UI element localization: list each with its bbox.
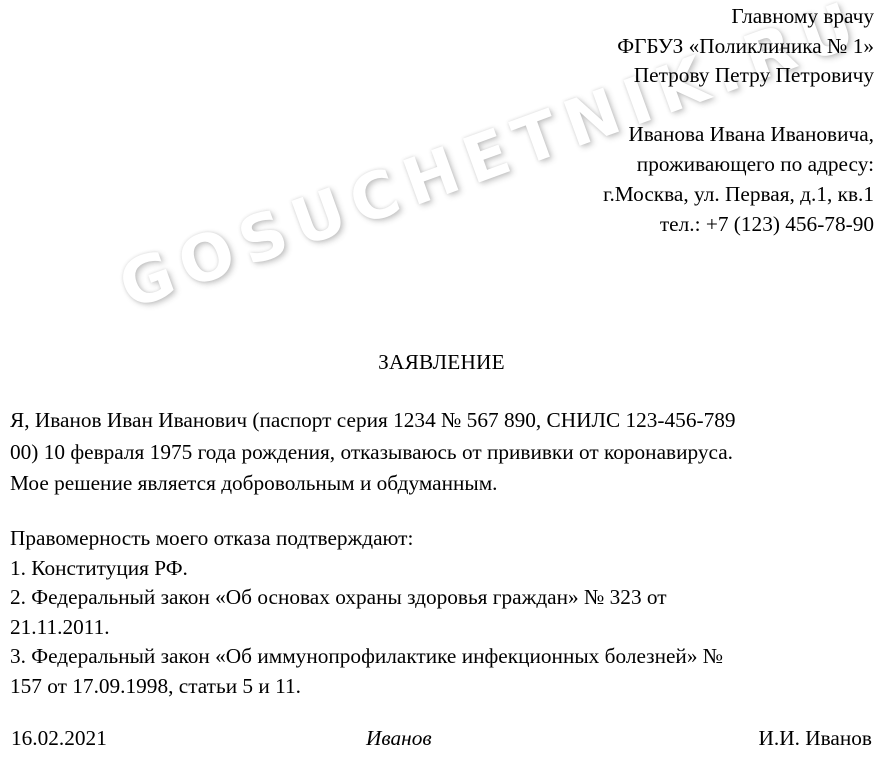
addressee-position: Главному врачу [617,2,874,32]
statement-body: Я, Иванов Иван Иванович (паспорт серия 1… [10,405,880,500]
handwritten-signature: Иванов [366,726,432,751]
legal-basis-item: 157 от 17.09.1998, статьи 5 и 11. [10,672,880,702]
statement-line: Мое решение является добровольным и обду… [10,468,880,500]
sender-address: г.Москва, ул. Первая, д.1, кв.1 [603,179,874,209]
legal-basis-item: 2. Федеральный закон «Об основах охраны … [10,583,880,613]
legal-basis: Правомерность моего отказа подтверждают:… [10,524,880,701]
sender-phone: тел.: +7 (123) 456-78-90 [603,209,874,239]
statement-line: 00) 10 февраля 1975 года рождения, отказ… [10,437,880,469]
addressee-name: Петрову Петру Петровичу [617,61,874,91]
signature-date: 16.02.2021 [11,726,107,751]
legal-basis-intro: Правомерность моего отказа подтверждают: [10,524,880,554]
document-title: ЗАЯВЛЕНИЕ [0,350,883,375]
legal-basis-item: 3. Федеральный закон «Об иммунопрофилакт… [10,642,880,672]
statement-line: Я, Иванов Иван Иванович (паспорт серия 1… [10,405,880,437]
document-page: GOSUCHETNIK.RU Главному врачу ФГБУЗ «Пол… [0,0,883,770]
signatory-name: И.И. Иванов [759,726,872,751]
addressee-organization: ФГБУЗ «Поликлиника № 1» [617,32,874,62]
sender-name: Иванова Ивана Ивановича, [603,119,874,149]
addressee-block: Главному врачу ФГБУЗ «Поликлиника № 1» П… [617,2,874,91]
legal-basis-item: 1. Конституция РФ. [10,554,880,584]
legal-basis-item: 21.11.2011. [10,613,880,643]
signature-row: 16.02.2021 Иванов И.И. Иванов [11,726,872,756]
sender-block: Иванова Ивана Ивановича, проживающего по… [603,119,874,239]
sender-address-label: проживающего по адресу: [603,149,874,179]
